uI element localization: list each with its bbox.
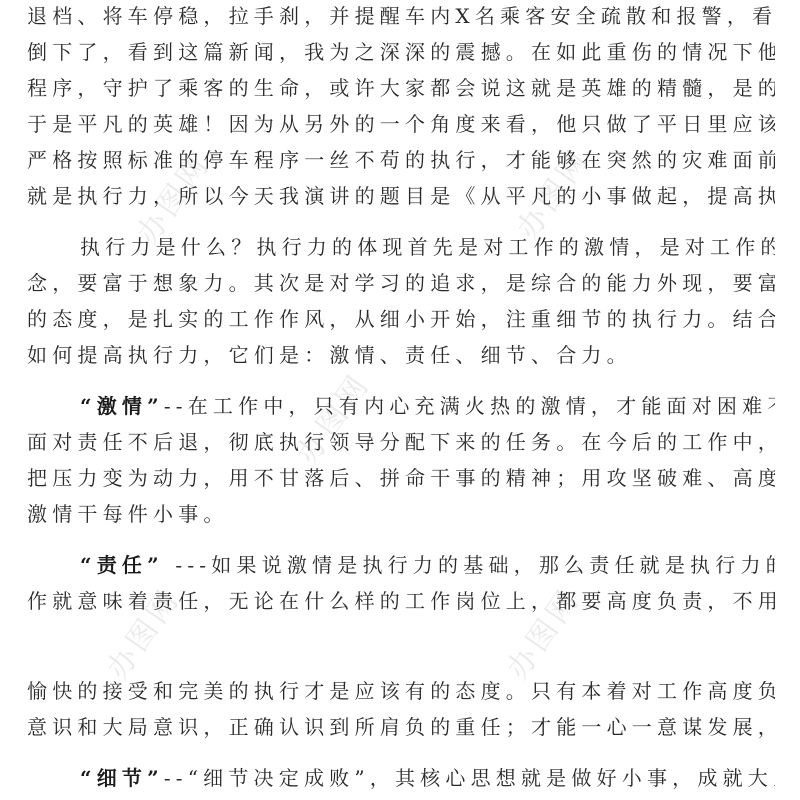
paragraph-line: 的态度，是扎实的工作作风，从细小开始，注重细节的执行力。结合实际，我用四个词来概…: [27, 304, 775, 334]
paragraph-line: 念，要富于想象力。其次是对学习的追求，是综合的能力外现，要富于创造力。最后是对工…: [27, 268, 775, 298]
paragraph-line: 执行力是什么？执行力的体现首先是对工作的激情，是对工作的那份责任，是新的思想观: [80, 232, 775, 262]
paragraph-line: “激情”--在工作中，只有内心充满火热的激情，才能面对困难不叫苦，面对挫折不弯腰…: [80, 391, 775, 421]
paragraph-line: 激情干每件小事。: [27, 499, 775, 529]
section-heading-detail: “细节”: [80, 766, 164, 790]
paragraph-line: 如何提高执行力，它们是：激情、责任、细节、合力。: [27, 340, 775, 370]
paragraph-line: 于是平凡的英雄！因为从另外的一个角度来看，他只做了平日里应该做的事，正是因为他平…: [27, 109, 775, 139]
paragraph-line: 把压力变为动力，用不甘落后、拼命干事的精神；用攻坚破难、高度负责的态度，认真干事…: [27, 463, 775, 493]
paragraph-line: “责任” ---如果说激情是执行力的基础，那么责任就是执行力的筋骨。对我们而言，…: [80, 550, 775, 580]
paragraph-line: 倒下了，看到这篇新闻，我为之深深的震撼。在如此重伤的情况下他依然能够完成标准的停…: [27, 37, 775, 67]
paragraph-line: “细节”--“细节决定成败”，其核心思想就是做好小事，成就大业。作为执法者每天做: [80, 763, 775, 793]
paragraph-line: 愉快的接受和完美的执行才是应该有的态度。只有本着对工作高度负责的态度，才能胸怀忧…: [27, 676, 775, 706]
paragraph-line: 就是执行力，所以今天我演讲的题目是《从平凡的小事做起，提高执行力》: [27, 181, 775, 211]
paragraph-line: 退档、将车停稳，拉手刹，并提醒车内X名乘客安全疏散和报警，看到大家都很安全时，吴…: [27, 1, 775, 31]
section-heading-responsibility: “责任”: [80, 553, 164, 577]
document-page: 办图网 办图网 办图网 办图网 办图网 退档、将车停稳，拉手刹，并提醒车内X名乘…: [0, 0, 800, 800]
paragraph-line: 面对责任不后退，彻底执行领导分配下来的任务。在今后的工作中，我们要把差距看做潜力…: [27, 427, 775, 457]
paragraph-line: 意识和大局意识，正确认识到所肩负的重任；才能一心一意谋发展，全心全意为人民服务。: [27, 712, 775, 742]
paragraph-line: 程序，守护了乘客的生命，或许大家都会说这就是英雄的精髓，是的！这是英雄！但我更趋…: [27, 73, 775, 103]
section-heading-passion: “激情”: [80, 394, 164, 418]
paragraph-line: 作就意味着责任，无论在什么样的工作岗位上，都要高度负责，不用任何借口来为自己推脱…: [27, 586, 775, 616]
paragraph-line: 严格按照标准的停车程序一丝不苟的执行，才能够在突然的灾难面前，在重伤时候做到了。…: [27, 145, 775, 175]
